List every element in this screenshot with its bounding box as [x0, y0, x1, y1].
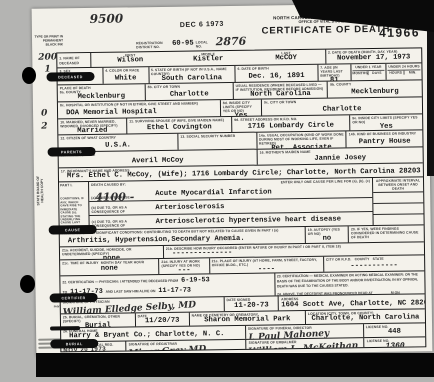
due-to-b-value: Arteriosclerosis [155, 205, 224, 214]
interval-label: APPROXIMATE INTERVAL BETWEEN ONSET AND D… [373, 177, 423, 193]
hole-punch-top [22, 67, 36, 84]
tab-certifier: CERTIFIER [50, 293, 98, 303]
reg-district-label: REGISTRATION DISTRICT NO. [136, 41, 170, 50]
field-age-subboxes: UNDER 1 YEAR MONTHS DAYS UNDER 24 HOURS … [351, 63, 422, 80]
injury-county-label: COUNTY [355, 257, 370, 261]
last-seen-date: 11-17-73 [156, 287, 193, 296]
cemetery-value: Sharon Memorial Park [192, 316, 303, 325]
pod-city-value: Charlotte [148, 91, 231, 100]
field-pod-inside-limits: 8d. INSIDE CITY LIMITS (SPECIFY YES OR N… [221, 100, 263, 117]
handwritten-fee: 9500 [90, 12, 124, 26]
death-certificate: TYPE OR PRINT IN PERMANENT BLACK INK 950… [32, 3, 433, 356]
attended-from-date: 6-19-53 [179, 276, 212, 284]
days-label: DAYS [369, 71, 385, 75]
state-of-birth-value: South Carolina [151, 75, 233, 83]
part1-gutter: PART I. CONDITIONS, IF ANY, WHICH GAVE R… [59, 182, 90, 229]
field-residence-city: 9c. CITY OR TOWN Charlotte [262, 97, 422, 115]
min-label: MIN. [405, 70, 421, 74]
race-value: White [105, 76, 146, 84]
tab-cause: CAUSE [49, 225, 97, 235]
field-injury-location: CITY OR R.F.D. COUNTY STATE ----------- [324, 255, 424, 271]
spouse-value: Ethel Covington [129, 124, 229, 133]
registration-district-line: REGISTRATION DISTRICT NO. 60-95 LOCAL NO… [136, 35, 246, 50]
age-value: 81 [320, 78, 348, 81]
field-director-signature: SIGNATURE OF FUNERAL DIRECTOR J. Paul Ma… [246, 324, 364, 339]
field-cemetery-location: LOCATION (CITY, TOWN, OR COUNTY) Charlot… [306, 309, 425, 324]
field-injury-at-work: 21d. INJURY AT WORK (SPECIFY YES OR NO) … [159, 258, 209, 274]
scan-black-bar [36, 353, 434, 377]
field-manner: 21a. ACCIDENT, SUICIDE, HOMICIDE, OR UND… [60, 246, 164, 259]
scan-black-edge [427, 26, 434, 176]
field-street: 9d. STREET ADDRESS OR R.F.D. NO. 1716 Lo… [232, 115, 350, 132]
certificate-title: CERTIFICATE OF DEATH [260, 24, 392, 37]
local-no-label: LOCAL NO. [196, 40, 214, 48]
row-cause-part1: PART I. CONDITIONS, IF ANY, WHICH GAVE R… [59, 177, 424, 230]
reg-district-value: 60-95 [172, 41, 194, 49]
copy-designation: STATE BOARD OF HEALTH COPY [36, 171, 45, 211]
name-last: McCOY [247, 55, 325, 64]
field-findings: 20. IF YES, WERE FINDINGS CONSIDERED IN … [349, 225, 424, 242]
field-residence-inside-limits: 9e. INSIDE CITY LIMITS (SPECIFY YES OR N… [350, 114, 422, 130]
field-physician-address: ADDRESS 1604 Scott Ave, Charlotte, NC 28… [279, 294, 425, 310]
field-cemetery: NAME OF CEMETERY OR CREMATORY Sharon Mem… [190, 311, 306, 326]
field-date-signed: DATE SIGNED 11-20-73 [224, 296, 279, 311]
street-value: 1716 Lombardy Circle [234, 123, 347, 132]
pod-county-value: Mecklenburg [60, 93, 143, 101]
field-time-of-injury: 21c. TIME OF INJURY MONTH DAY YEAR HOUR … [60, 259, 159, 275]
burial-date-value: 11/20/73 [138, 318, 187, 326]
margin-note-a: 200 [38, 52, 57, 62]
hour-label: HOUR [134, 260, 144, 264]
injury-city-label: CITY OR R.F.D. [326, 257, 352, 261]
field-registrar-signature: SIGNATURE OF REGISTRAR Miner Gray MD [127, 340, 247, 351]
injury-state-label: STATE [373, 257, 384, 261]
death-caused-by-label: DEATH CAUSED BY: [91, 182, 126, 187]
part1-main: DEATH CAUSED BY: ENTER ONLY ONE CAUSE PE… [89, 178, 374, 229]
ink-instruction: TYPE OR PRINT IN PERMANENT BLACK INK [33, 34, 63, 47]
injury-at-work-value: --- [161, 268, 206, 275]
due-to-c-value: Arteriosclerotic hypertensive heart dise… [156, 217, 342, 227]
field-burial-date: DATE 11/20/73 [136, 313, 190, 327]
local-no-value: 2876 [216, 35, 247, 48]
part1-label: PART I. [60, 183, 87, 187]
name-middle: Kistler [169, 56, 247, 65]
field-industry: 14b. KIND OF BUSINESS OR INDUSTRY Pantry… [347, 130, 423, 147]
date-of-birth-value: Dec. 16, 1891 [238, 73, 316, 82]
field-ssn: 13. SOCIAL SECURITY NUMBER [178, 133, 257, 150]
residence-county-value: Mecklenburg [330, 89, 420, 98]
handwritten-cause-code: 4100 - [95, 190, 134, 204]
field-embalmer-license: LICENSE NO. 1360 [365, 337, 426, 347]
injury-location-value: ----------- [326, 263, 422, 272]
margin-note-d: 2 [41, 122, 47, 132]
certification-physician-label: 22. CERTIFICATION — PHYSICIAN: I ATTENDE… [62, 279, 178, 285]
scanned-page: TYPE OR PRINT IN PERMANENT BLACK INK 950… [0, 0, 434, 382]
field-director-license: LICENSE NO. 448 [364, 323, 426, 337]
industry-value: Pantry House [349, 139, 421, 148]
residence-inside-limits-value: Yes [352, 124, 420, 131]
autopsy-value: no [308, 236, 346, 243]
hole-punch-bottom [20, 275, 35, 293]
time-of-injury-value: none [62, 266, 156, 275]
tab-burial: BURIAL [50, 339, 98, 349]
field-race: 4. COLOR OR RACE White [103, 67, 149, 84]
field-pod-city: 8b. CITY OR TOWN Charlotte [146, 83, 234, 100]
residence-state-value: North Carolina [236, 91, 326, 99]
pod-inside-limits-value: Yes [223, 113, 259, 116]
field-embalmer-signature: SIGNATURE OF EMBALMER William L. McKeith… [247, 338, 365, 349]
under-24-hours-box: UNDER 24 HOURS HOURS MIN. [387, 63, 422, 79]
months-label: MONTHS [352, 71, 369, 75]
field-autopsy: 19. AUTOPSY (YES OR NO) no [306, 226, 349, 243]
marital-value: Married [60, 128, 124, 135]
director-license-value: 448 [366, 329, 423, 337]
margin-note-c: 0 [41, 109, 47, 119]
conditions-note: CONDITIONS, IF ANY, WHICH GAVE RISE TO I… [60, 197, 87, 225]
certificate-form: 1. NAME OF DECEASED FIRST MIDDLE LAST Wi… [56, 47, 426, 352]
day-label: DAY [115, 261, 122, 265]
field-pod-county: PLACE OF DEATH 8a. COUNTY Mecklenburg [58, 84, 146, 101]
field-mother: 16. MOTHER'S MAIDEN NAME Jannie Josey [258, 147, 423, 164]
field-date-of-death: 2. DATE OF DEATH (MONTH, DAY, YEAR) Nove… [326, 48, 421, 63]
field-marital: 10. MARRIED, NEVER MARRIED, WIDOWED, DIV… [58, 118, 127, 134]
field-certification-examiner: 23. CERTIFICATION — MEDICAL EXAMINER OR … [275, 271, 425, 295]
field-date-of-birth: 6. DATE OF BIRTH Dec. 16, 1891 [235, 65, 318, 82]
field-name-label: 1. NAME OF DECEASED [57, 53, 91, 67]
interval-column: APPROXIMATE INTERVAL BETWEEN ONSET AND D… [373, 177, 424, 225]
field-residence-county: 9b. COUNTY Mecklenburg [328, 80, 422, 97]
tab-mini [50, 326, 80, 330]
field-residence-state: USUAL RESIDENCE (WHERE DECEASED LIVED — … [234, 82, 329, 99]
received-date-stamp: DEC 6 1973 [180, 21, 224, 29]
other-conditions-label: 18. OTHER SIGNIFICANT CONDITIONS: CONTRI… [76, 228, 278, 235]
tab-parents: PARENTS [48, 147, 96, 157]
embalmer-license-value: 1360 [367, 342, 424, 347]
hours-label: HOURS [388, 71, 405, 75]
date-of-death-value: November 17, 1973 [328, 55, 419, 64]
immediate-cause-value: Acute Myocardial Infarction [155, 190, 272, 199]
date-signed-value: 11-20-73 [226, 303, 276, 311]
field-spouse: 11. SURVIVING SPOUSE (IF WIFE, GIVE MAID… [127, 117, 232, 133]
year-label: YEAR [123, 260, 133, 264]
field-hospital: 8c. HOSPITAL OR INSTITUTION (IF NOT IN E… [58, 100, 221, 118]
field-state-of-birth: 5. STATE OF BIRTH (IF NOT IN U.S.A., NAM… [149, 66, 236, 83]
last-seen-label: AND LAST SAW HIM ALIVE ON [106, 289, 156, 294]
field-age: 7. AGE (IN YEARS LAST BIRTHDAY) 81 [318, 64, 351, 80]
cemetery-location-value: Charlotte, North Carolina [308, 315, 423, 324]
under-1-year-box: UNDER 1 YEAR MONTHS DAYS [351, 64, 387, 80]
field-occupation: 14a. USUAL OCCUPATION (KIND OF WORK DONE… [257, 131, 347, 148]
field-place-of-injury: 21e. PLACE OF INJURY (AT HOME, FARM, STR… [210, 257, 325, 274]
tab-deceased: DECEASED [46, 72, 94, 82]
name-first: Wilson [91, 57, 169, 66]
